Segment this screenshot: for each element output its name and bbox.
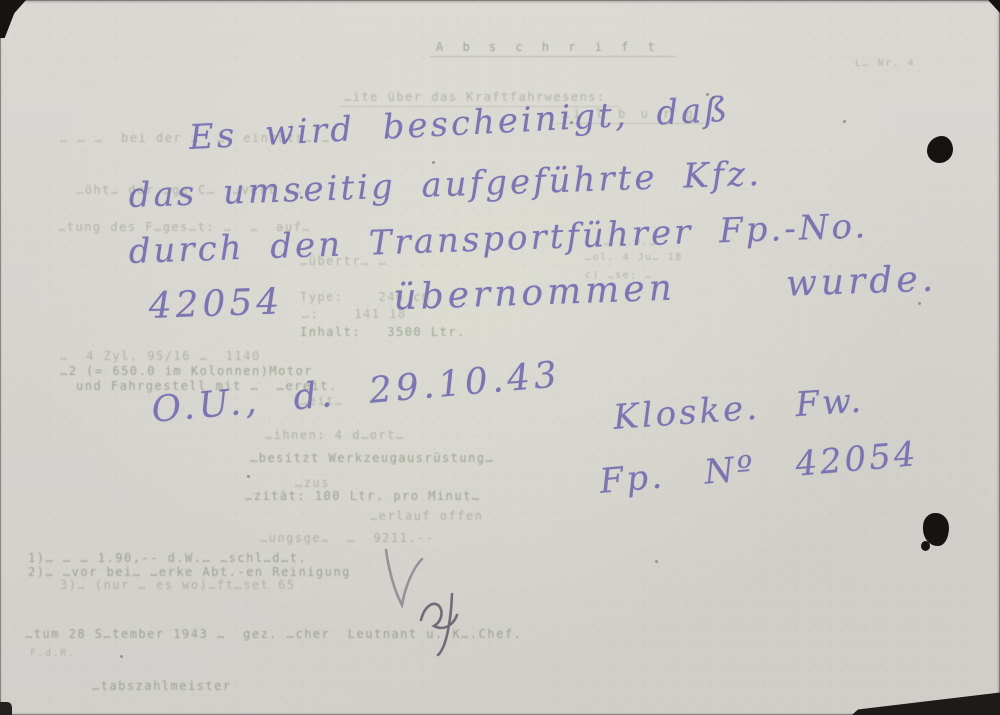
ink-blot-bottom-left-corner xyxy=(0,702,12,715)
ink-blot-right-upper xyxy=(927,136,953,163)
paper-speck xyxy=(570,121,573,124)
dark-band-bottom-right-corner xyxy=(852,690,1000,715)
handwritten-line: durch den Transportführer Fp.-No. xyxy=(128,206,869,272)
paper-speck xyxy=(432,161,435,164)
typed-line: Inhalt: 3500 Ltr. xyxy=(300,325,466,339)
paper-speck xyxy=(843,120,846,123)
typed-line: …ungsge… … 9211.-- xyxy=(260,531,435,545)
handwritten-line: 42054 übernommen wurde. xyxy=(148,258,938,327)
typed-line: L… Nr. 4 xyxy=(855,58,915,69)
ink-blot-top-left-corner xyxy=(0,0,26,38)
handwritten-line: das umseitig aufgeführte Kfz. xyxy=(128,154,763,216)
ink-blot-right-lower-tail xyxy=(921,541,930,551)
scanned-document-page: A b s c h r i f t …ite über das Kraftfah… xyxy=(0,0,1000,715)
typed-line: …erlauf offen xyxy=(370,509,483,523)
typed-line: …besitzt Werkzeugausrüstung… xyxy=(250,451,494,465)
paper-speck xyxy=(918,302,921,305)
typed-line-heading: A b s c h r i f t xyxy=(430,40,675,57)
typed-line: … 4 Zyl. 95/16 … 1140 xyxy=(60,349,261,363)
handwritten-fieldpost-number: Fp. Nº 42054 xyxy=(598,434,920,502)
typed-line: F.d.R. xyxy=(30,648,75,659)
typed-line: 3)… (nur … es wo)…ft…set 65 xyxy=(60,578,296,592)
typed-line: …tum 28 S…tember 1943 … gez. …cher Leutn… xyxy=(25,627,522,641)
paper-speck xyxy=(300,196,303,199)
paper-speck xyxy=(247,475,250,478)
pencil-initials-squiggle xyxy=(421,594,457,655)
typed-line: …zität: 100 Ltr. pro Minut… xyxy=(245,489,481,503)
typed-line: …ihnen: 4 d…ort… xyxy=(265,428,405,442)
ink-blot-top-right-corner xyxy=(986,0,1000,13)
typed-line: 1)… … … 1.90,-- d.W.… …schl…d…t. xyxy=(28,551,307,565)
typed-line: …tabszahlmeister xyxy=(92,679,232,693)
typed-line: …2 (= 650.0 im Kolonnen)Motor xyxy=(60,364,313,378)
paper-speck xyxy=(655,560,658,563)
paper-speck xyxy=(838,236,841,239)
paper-speck xyxy=(120,655,123,658)
handwritten-signature: Kloske. Fw. xyxy=(612,380,865,437)
paper-speck xyxy=(706,93,709,96)
pencil-check-mark xyxy=(386,550,422,605)
paper-speck xyxy=(712,96,715,99)
typed-line: 2)… …vor bei… …erke Abt.-en Reinigung xyxy=(28,565,351,579)
typed-line: …zus xyxy=(295,476,330,490)
